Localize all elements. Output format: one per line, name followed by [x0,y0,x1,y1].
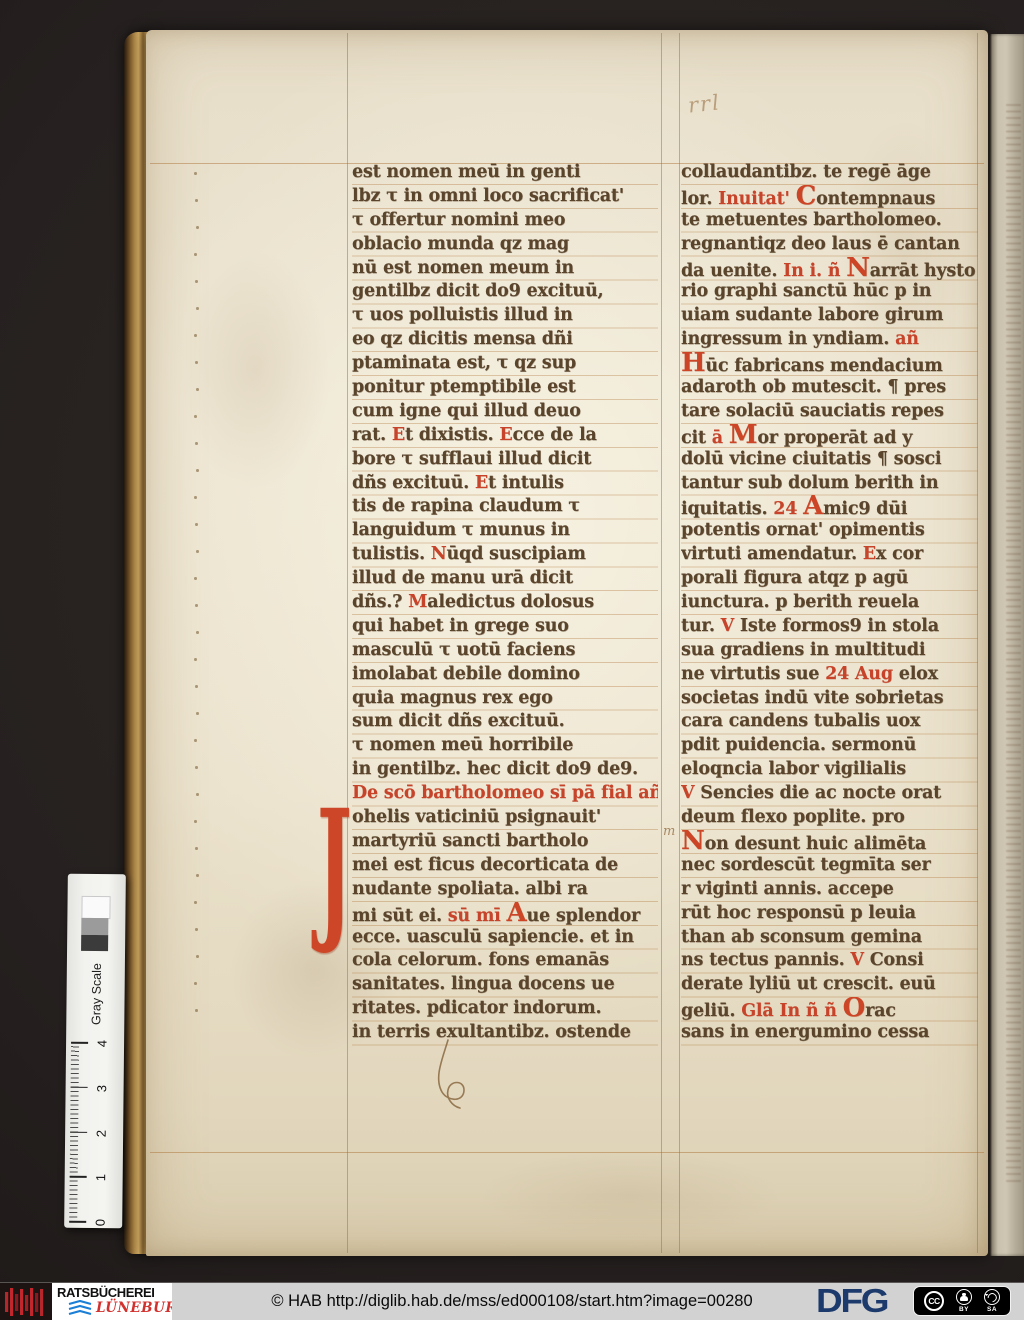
manuscript-line: geliū. Glā In ñ ñ Orac [681,997,978,1021]
manuscript-line: potentis ornat' opimentis [681,519,978,543]
ruler-major-tick [69,1221,86,1223]
manuscript-line: lbz τ in omni loco sacrificat' [352,185,658,209]
rubricated-initial-J: J [317,790,352,945]
pricking-hole [195,766,198,769]
manuscript-line: iquitatis. 24 Amic9 dūi [681,495,978,519]
pricking-hole [194,496,197,499]
ruler-numbers: 43210 [68,874,126,875]
manuscript-line: te metuentes bartholomeo. [681,209,978,233]
manuscript-line: rūt hoc responsū p leuia [681,902,978,926]
manuscript-line: V Sencies die ac nocte orat [681,782,978,806]
manuscript-line: uiam sudante labore girum [681,304,978,328]
manuscript-line: dñs excituū. Et intulis [352,472,658,496]
manuscript-line: in terris exultantibz. ostende [352,1021,658,1045]
pricking-hole [195,280,198,283]
pricking-hole [194,253,197,256]
manuscript-line: dñs.? Maledictus dolosus [352,591,658,615]
pricking-hole [195,604,198,607]
manuscript-line: virtuti amendatur. Ex cor [681,543,978,567]
manuscript-line: rat. Et dixistis. Ecce de la [352,424,658,448]
manuscript-line: τ offertur nomini meo [352,209,658,233]
manuscript-line: tur. V Iste formos9 in stola [681,615,978,639]
manuscript-line: dolū vicine ciuitatis ¶ sosci [681,448,978,472]
ruler-major-tick [70,1176,87,1178]
gray-patch-mid [81,918,108,935]
ruling-vertical-line [679,33,680,1253]
pricking-hole [196,712,199,715]
manuscript-line: r viginti annis. accepe [681,878,978,902]
manuscript-line: ponitur ptemptibile est [352,376,658,400]
gray-patch-dark [81,935,108,951]
manuscript-line: languidum τ munus in [352,519,658,543]
manuscript-line: masculū τ uotū faciens [352,639,658,663]
manuscript-line: eloqncia labor vigilialis [681,758,978,782]
ruler-major-tick [70,1131,87,1133]
manuscript-line: τ nomen meū horribile [352,734,658,758]
manuscript-line: De scō bartholomeo sī pā fial añ [352,782,658,806]
manuscript-line: eo qz dicitis mensa dñi [352,328,658,352]
text-column-left: est nomen meū in gentilbz τ in omni loco… [352,161,658,1047]
manuscript-line: illud de manu urā dicit [352,567,658,591]
pricking-hole [196,388,199,391]
manuscript-line: societas indū vite sobrietas [681,687,978,711]
ruler-number: 2 [94,1125,109,1141]
manuscript-line: ecce. uasculū sapiencie. et in [352,926,658,950]
pricking-hole [195,199,198,202]
manuscript-line: ritates. pdicator indorum. [352,997,658,1021]
manuscript-line: qui habet in grege suo [352,615,658,639]
cc-sa-label: SA [987,1306,997,1313]
manuscript-line: martyriū sancti bartholo [352,830,658,854]
facing-page-fore-edge [988,34,1024,1256]
manuscript-line: est nomen meū in genti [352,161,658,185]
manuscript-line: sum dicit dñs excituū. [352,710,658,734]
manuscript-line: lor. Inuitat' Contempnaus [681,185,978,209]
pricking-hole [194,334,197,337]
pricking-hole [196,793,199,796]
pricking-hole [196,631,199,634]
pricking-hole [194,820,197,823]
pricking-hole [195,523,198,526]
ruling-vertical-line [661,33,662,1253]
top-margin-cursive-note: rrl [687,90,722,117]
pricking-hole [196,955,199,958]
manuscript-line: ptaminata est, τ qz sup [352,352,658,376]
pricking-hole [196,226,199,229]
ruler-number: 0 [93,1215,108,1231]
cc-by-label: BY [959,1306,969,1313]
pricking-hole [195,442,198,445]
manuscript-line: deum flexo poplite. pro [681,806,978,830]
cc-sa-icon: SA [984,1289,1000,1313]
manuscript-line: nū est nomen meum in [352,257,658,281]
manuscript-line: bore τ sufflaui illud dicit [352,448,658,472]
pricking-hole [194,172,197,175]
manuscript-line: ne virtutis sue 24 Aug elox [681,663,978,687]
pricking-hole [195,361,198,364]
pricking-hole [195,847,198,850]
manuscript-line: da uenite. In i. ñ Narrāt hysto [681,257,978,281]
manuscript-line: porali figura atqz p agū [681,567,978,591]
manuscript-line: Hūc fabricans mendacium [681,352,978,376]
manuscript-line: derate lyliū ut crescit. euū [681,973,978,997]
manuscript-line: quia magnus rex ego [352,687,658,711]
text-column-right: collaudantibz. te regē āgelor. Inuitat' … [681,161,978,1047]
manuscript-line: sanitates. lingua docens ue [352,973,658,997]
ruling-horizontal-line [150,1152,984,1153]
gray-patch-white [81,896,110,919]
manuscript-line: rio graphi sanctū hūc p in [681,280,978,304]
manuscript-line: collaudantibz. te regē āge [681,161,978,185]
manuscript-line: tulistis. Nūqd suscipiam [352,543,658,567]
pricking-hole [196,307,199,310]
manuscript-line: sans in energumino cessa [681,1021,978,1045]
ruler-number: 4 [94,1035,109,1051]
grayscale-calibration-ruler: Gray Scale 43210 [64,874,126,1229]
footer-bar: RATSBÜCHEREI LÜNEBURG © HAB http://digli… [0,1283,1024,1320]
ruler-title: Gray Scale [89,956,104,1032]
ruler-number: 3 [94,1080,109,1096]
manuscript-line: adaroth ob mutescit. ¶ pres [681,376,978,400]
pricking-hole [195,685,198,688]
ruling-vertical-line [347,33,348,1253]
manuscript-line: iunctura. p berith reuela [681,591,978,615]
manuscript-line: Non desunt huic alimēta [681,830,978,854]
margin-note: m [663,824,675,839]
manuscript-line: imolabat debile domino [352,663,658,687]
pricking-hole [194,415,197,418]
manuscript-line: tis de rapina claudum τ [352,495,658,519]
manuscript-line: cara candens tubalis uox [681,710,978,734]
manuscript-line: pdit puidencia. sermonū [681,734,978,758]
descender-flourish [420,1038,480,1110]
pricking-hole [195,1009,198,1012]
manuscript-line: gentilbz dicit do9 excituū, [352,280,658,304]
manuscript-line: τ uos polluistis illud in [352,304,658,328]
dfg-logo: DFG [816,1281,887,1318]
pricking-hole [194,982,197,985]
ruler-major-ticks [68,874,126,875]
pricking-hole [194,901,197,904]
manuscript-line: mi sūt ei. sū mī Aue splendor [352,902,658,926]
manuscript-line: than ab sconsum gemina [681,926,978,950]
cc-by-icon: BY [956,1289,972,1313]
manuscript-line: cum igne qui illud deuo [352,400,658,424]
manuscript-line: tantur sub dolum berith in [681,472,978,496]
pricking-hole [194,658,197,661]
manuscript-line: nudante spoliata. albi ra [352,878,658,902]
manuscript-line: regnantiqz deo laus ē cantan [681,233,978,257]
manuscript-line: ingressum in yndiam. añ [681,328,978,352]
ruler-major-tick [71,1042,88,1044]
manuscript-line: mei est ficus decorticata de [352,854,658,878]
ruler-number: 1 [93,1170,108,1186]
pricking-hole [196,550,199,553]
manuscript-line: cit ā Mor properāt ad y [681,424,978,448]
manuscript-line: ohelis vaticiniū psignauit' [352,806,658,830]
manuscript-line: cola celorum. fons emanās [352,949,658,973]
pricking-hole [195,928,198,931]
ruler-major-tick [71,1087,88,1089]
pricking-hole [196,874,199,877]
manuscript-line: tare solaciū sauciatis repes [681,400,978,424]
manuscript-line: in gentilbz. hec dicit do9 de9. [352,758,658,782]
manuscript-line: ns tectus pannis. V Consi [681,949,978,973]
creative-commons-badge: CC BY SA [913,1286,1011,1316]
manuscript-line: nec sordescūt tegmīta ser [681,854,978,878]
cc-icon: CC [924,1291,944,1311]
digitized-manuscript-viewer-image: rrl m est nomen meū in gentilbz τ in omn… [0,0,1024,1320]
manuscript-line: oblacio munda qz mag [352,233,658,257]
pricking-hole [194,577,197,580]
pricking-hole [196,469,199,472]
pricking-hole [194,739,197,742]
manuscript-line: sua gradiens in multitudi [681,639,978,663]
